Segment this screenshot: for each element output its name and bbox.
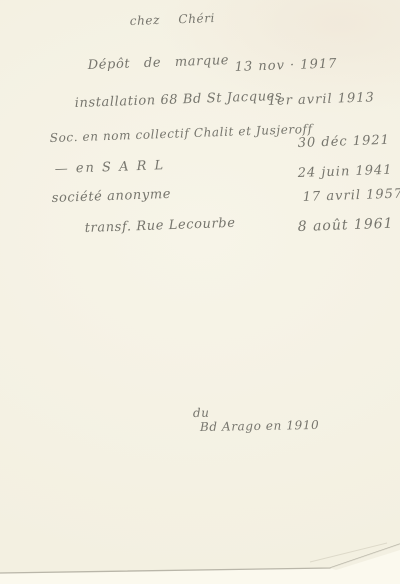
paper-sheet xyxy=(0,0,400,584)
note-header: chez Chéri xyxy=(130,11,216,28)
paper-bottom-edge xyxy=(0,524,400,584)
entry-date: 30 déc 1921 xyxy=(297,133,390,151)
footer-line-1: du xyxy=(193,406,210,420)
scanned-document: chez Chéri Dépôt de marque 13 nov · 1917… xyxy=(0,0,400,584)
entry-date: 8 août 1961 xyxy=(297,216,393,235)
footer-line-2: Bd Arago en 1910 xyxy=(200,418,320,434)
